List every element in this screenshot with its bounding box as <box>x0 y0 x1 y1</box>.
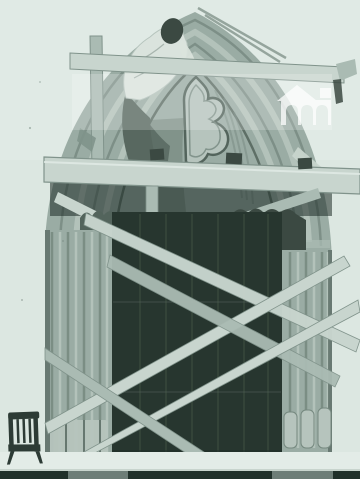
clamp-3 <box>298 158 313 170</box>
clamp-2 <box>226 153 243 165</box>
strip-patch-right <box>272 471 333 479</box>
photo-illustration <box>0 0 360 479</box>
bottom-scan-strip <box>0 469 360 479</box>
strip-patch-left <box>68 471 128 479</box>
photograph-scan <box>0 0 360 479</box>
clamp-1 <box>150 149 165 161</box>
